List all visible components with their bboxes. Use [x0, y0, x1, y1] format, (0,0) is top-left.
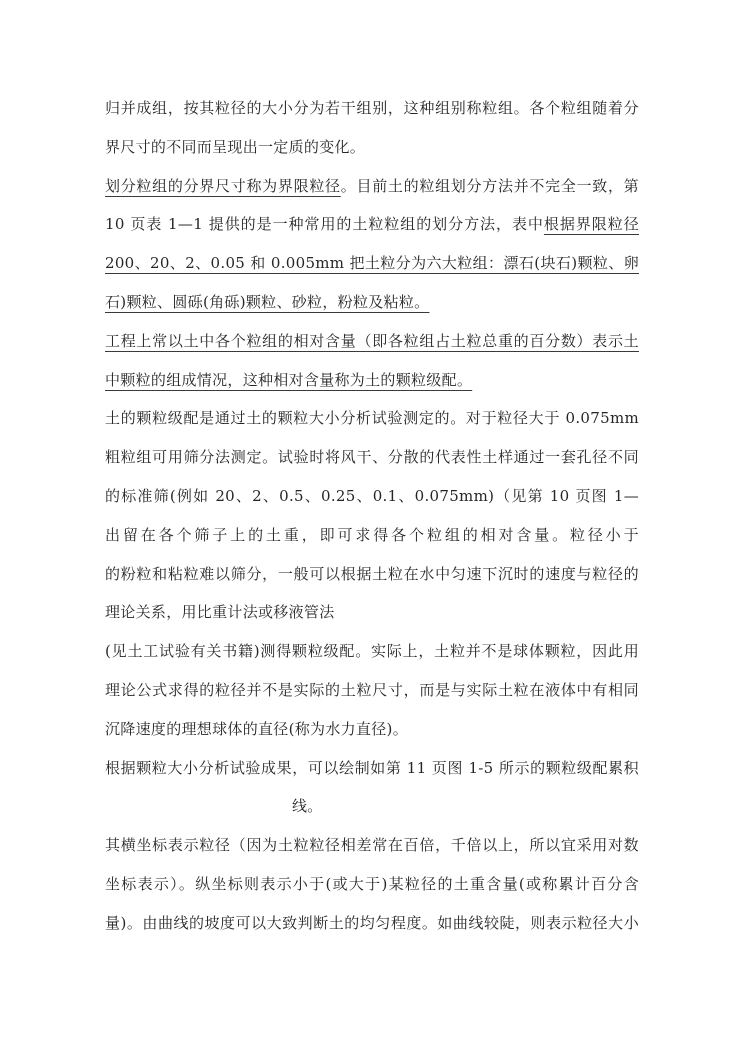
- underlined-text: 根据界限粒径: [544, 215, 639, 233]
- text-segment: 沉降速度的理想球体的直径(称为水力直径)。: [105, 720, 408, 738]
- text-line: 石)颗粒、圆砾(角砾)颗粒、砂粒，粉粒及粘粒。: [105, 283, 639, 322]
- text-line: 沉降速度的理想球体的直径(称为水力直径)。: [105, 710, 639, 749]
- text-line: 归并成组，按其粒径的大小分为若干组别，这种组别称粒组。各个粒组随着分: [105, 89, 639, 128]
- text-segment: 的粉粒和粘粒难以筛分，一般可以根据土粒在水中匀速下沉时的速度与粒径的: [105, 565, 639, 583]
- text-line: 量)。由曲线的坡度可以大致判断土的均匀程度。如曲线较陡，则表示粒径大小: [105, 904, 639, 943]
- text-line: 其横坐标表示粒径（因为土粒粒径相差常在百倍，千倍以上，所以宜采用对数: [105, 826, 639, 865]
- text-segment: 归并成组，按其粒径的大小分为若干组别，这种组别称粒组。各个粒组随着分: [105, 99, 639, 117]
- text-line: 理论公式求得的粒径并不是实际的土粒尺寸，而是与实际土粒在液体中有相同: [105, 671, 639, 710]
- underlined-text: 工程上常以土中各个粒组的相对含量（即各粒组占土粒总重的百分数）表示土: [105, 332, 639, 350]
- text-segment: 出留在各个筛子上的土重，即可求得各个粒组的相对含量。粒径小于 0.075mm: [105, 526, 639, 555]
- text-line: (见土工试验有关书籍)测得颗粒级配。实际上，土粒并不是球体颗粒，因此用: [105, 632, 639, 671]
- text-line: 线。: [105, 787, 639, 826]
- text-segment: 土的颗粒级配是通过土的颗粒大小分析试验测定的。对于粒径大于 0.075mm 的: [105, 409, 639, 438]
- underlined-text: 划分粒组的分界尺寸称为界限粒径: [105, 177, 341, 195]
- text-line: 出留在各个筛子上的土重，即可求得各个粒组的相对含量。粒径小于 0.075mm: [105, 516, 639, 555]
- text-line: 划分粒组的分界尺寸称为界限粒径。目前土的粒组划分方法并不完全一致，第: [105, 167, 639, 206]
- text-line: 工程上常以土中各个粒组的相对含量（即各粒组占土粒总重的百分数）表示土: [105, 322, 639, 361]
- text-line: 中颗粒的组成情况，这种相对含量称为土的颗粒级配。: [105, 361, 639, 400]
- text-segment: (见土工试验有关书籍)测得颗粒级配。实际上，土粒并不是球体颗粒，因此用: [105, 642, 639, 660]
- text-line: 根据颗粒大小分析试验成果，可以绘制如第 11 页图 1-5 所示的颗粒级配累积曲: [105, 749, 639, 788]
- document-page: 归并成组，按其粒径的大小分为若干组别，这种组别称粒组。各个粒组随着分界尺寸的不同…: [0, 0, 744, 1052]
- document-text-body: 归并成组，按其粒径的大小分为若干组别，这种组别称粒组。各个粒组随着分界尺寸的不同…: [105, 89, 639, 943]
- text-segment: 坐标表示）。纵坐标则表示小于(或大于)某粒径的土重含量(或称累计百分含: [105, 875, 639, 893]
- text-line: 理论关系，用比重计法或移液管法: [105, 593, 639, 632]
- text-segment: 粗粒组可用筛分法测定。试验时将风干、分散的代表性土样通过一套孔径不同: [105, 448, 639, 466]
- text-segment: 。目前土的粒组划分方法并不完全一致，第: [341, 177, 639, 195]
- text-segment: 线。: [292, 797, 323, 815]
- text-line: 10 页表 1—1 提供的是一种常用的土粒粒组的划分方法，表中根据界限粒径: [105, 205, 639, 244]
- text-line: 坐标表示）。纵坐标则表示小于(或大于)某粒径的土重含量(或称累计百分含: [105, 865, 639, 904]
- text-segment: 根据颗粒大小分析试验成果，可以绘制如第 11 页图 1-5 所示的颗粒级配累积曲: [105, 759, 639, 788]
- text-segment: 10 页表 1—1 提供的是一种常用的土粒粒组的划分方法，表中: [105, 215, 544, 233]
- text-segment: 理论公式求得的粒径并不是实际的土粒尺寸，而是与实际土粒在液体中有相同: [105, 681, 639, 699]
- text-line: 200、20、2、0.05 和 0.005mm 把土粒分为六大粒组：漂石(块石)…: [105, 244, 639, 283]
- text-line: 土的颗粒级配是通过土的颗粒大小分析试验测定的。对于粒径大于 0.075mm 的: [105, 399, 639, 438]
- text-segment: 其横坐标表示粒径（因为土粒粒径相差常在百倍，千倍以上，所以宜采用对数: [105, 836, 639, 854]
- text-segment: 量)。由曲线的坡度可以大致判断土的均匀程度。如曲线较陡，则表示粒径大小: [105, 914, 639, 932]
- underlined-text: 中颗粒的组成情况，这种相对含量称为土的颗粒级配。: [105, 371, 472, 389]
- text-line: 的标准筛(例如 20、2、0.5、0.25、0.1、0.075mm)（见第 10…: [105, 477, 639, 516]
- text-line: 的粉粒和粘粒难以筛分，一般可以根据土粒在水中匀速下沉时的速度与粒径的: [105, 555, 639, 594]
- underlined-text: 200、20、2、0.05 和 0.005mm 把土粒分为六大粒组：漂石(块石)…: [105, 254, 639, 283]
- text-line: 界尺寸的不同而呈现出一定质的变化。: [105, 128, 639, 167]
- text-line: 粗粒组可用筛分法测定。试验时将风干、分散的代表性土样通过一套孔径不同: [105, 438, 639, 477]
- underlined-text: 石)颗粒、圆砾(角砾)颗粒、砂粒，粉粒及粘粒。: [105, 293, 429, 311]
- text-segment: 界尺寸的不同而呈现出一定质的变化。: [105, 138, 365, 156]
- text-segment: 理论关系，用比重计法或移液管法: [105, 603, 335, 621]
- text-segment: 的标准筛(例如 20、2、0.5、0.25、0.1、0.075mm)（见第 10…: [105, 487, 639, 516]
